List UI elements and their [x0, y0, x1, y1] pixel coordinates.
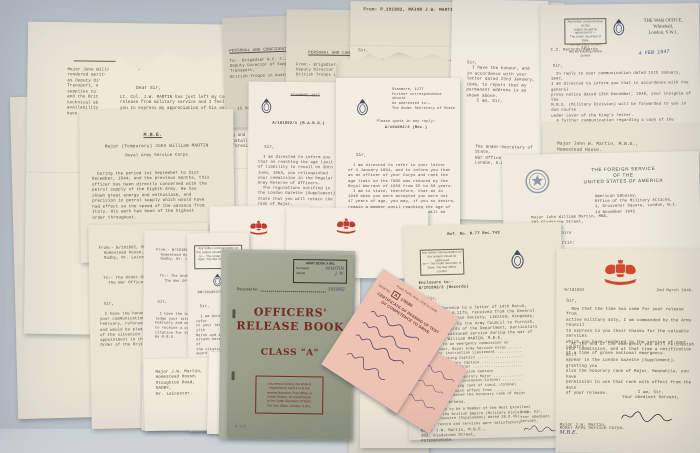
- initials-row: Initials J. W.: [296, 270, 344, 276]
- dotted-rule: [261, 288, 326, 293]
- closing: I am, Sir, Your obedient Servant,: [614, 391, 688, 402]
- salutation: Sir,: [104, 303, 115, 309]
- war-office-address: THE WAR OFFICE, Whitehall, London, S.W.1…: [632, 17, 694, 35]
- salutation: Sir,: [566, 299, 577, 305]
- army-council-signature: [620, 407, 676, 424]
- army-crest-icon: [510, 249, 526, 269]
- staple: [232, 371, 235, 380]
- photo-of-document-lot: Sir, I have the honour to acknowledge yo…: [0, 0, 700, 453]
- ink-signature: [523, 422, 559, 434]
- enclosure-line: Enclosure to:- B/101892/2 (Records): [419, 280, 469, 292]
- reference-line: Ref. No. R.77 Rec.743: [447, 232, 500, 239]
- army-council-release-letter: W/101892 2nd March 1946. Sir, Now that t…: [555, 249, 700, 453]
- letter-text: Sir, I have the honour, and in accordanc…: [466, 61, 543, 106]
- salutation: Sir,: [157, 301, 167, 306]
- recipient-unit: Royal Army Service Corps.: [560, 427, 625, 433]
- address-stamp: Any further communication on this subjec…: [564, 18, 606, 44]
- citation-heading-rule: [74, 60, 116, 62]
- royal-coat-of-arms-icon: [248, 220, 270, 236]
- initials-value: J. W.: [335, 271, 344, 276]
- reference-line: W/101892: [564, 289, 584, 294]
- officer-name: Major (Temporary) John William MARTIN: [96, 143, 218, 150]
- army-book-label-box: ARMY BOOK X 801 Surname MARTIN Initials …: [293, 259, 347, 284]
- army-crest-icon: [356, 98, 369, 116]
- salutation: Sir,: [356, 154, 366, 159]
- finder-notice-box: Any person finding this Book is requeste…: [255, 376, 324, 415]
- print-code: A.123: [235, 425, 246, 430]
- surname-label: Surname: [296, 266, 309, 270]
- salutation: Sir,: [200, 305, 210, 310]
- embassy-address: American Embassy, Office of the Military…: [595, 193, 697, 216]
- honorary-rank-paragraph: At the end of the emergency you will rel…: [566, 343, 696, 398]
- date-stamp: 4 FEB 1947: [638, 49, 669, 57]
- address-stamp: Any further communication on this subjec…: [420, 249, 465, 276]
- personal-number-row: Personal No. 101892: [237, 286, 345, 293]
- reference-line: A/101892/1 (R.A.R.O.): [272, 122, 325, 128]
- reference-line: C.2. Records/Awards: [551, 48, 599, 54]
- initials-label: Initials: [296, 271, 305, 275]
- personal-number-label: Personal No.: [237, 287, 259, 291]
- address-stamp-text: Any further communication on this subjec…: [422, 251, 463, 275]
- us-great-seal-icon: [524, 168, 551, 195]
- recipient-address: Major J.W. Martin, M.B.E., 203, Gladston…: [421, 428, 491, 446]
- letterhead-right: Stanmore, 1177 Further correspondence sh…: [392, 88, 456, 111]
- salutation: Sir,: [264, 146, 275, 152]
- quote-label: Please quote in any reply:: [376, 120, 436, 125]
- book-title-line2: RELEASE BOOK: [228, 319, 352, 334]
- citation-heading: M.B.E.: [143, 132, 162, 139]
- finder-notice-text: Any person finding this Book is requeste…: [267, 381, 312, 409]
- letter-date: 2nd March 1946.: [656, 289, 694, 294]
- salutation: Sir,: [358, 49, 368, 55]
- salutation: Sir,: [553, 65, 564, 71]
- exchange-header: STANMORE 4077: [291, 94, 320, 99]
- war-office-crest-icon: [612, 18, 625, 36]
- foreign-service-letterhead: THE FOREIGN SERVICE OF THE UNITED STATES…: [568, 165, 678, 185]
- royal-coat-of-arms-icon: [600, 259, 640, 287]
- citation-text: During the period 1st September to 31st …: [92, 171, 225, 221]
- salutation: Dear Sir,: [136, 86, 161, 92]
- officer-unit: Royal Army Service Corps: [108, 153, 206, 159]
- book-title-line1: OFFICERS': [228, 305, 352, 320]
- royal-coat-of-arms-icon: [334, 218, 358, 235]
- army-crest-icon: [260, 98, 272, 114]
- reference-line: A/101892/2 (Rec.): [380, 126, 432, 131]
- personal-number-value: 101892: [328, 288, 345, 293]
